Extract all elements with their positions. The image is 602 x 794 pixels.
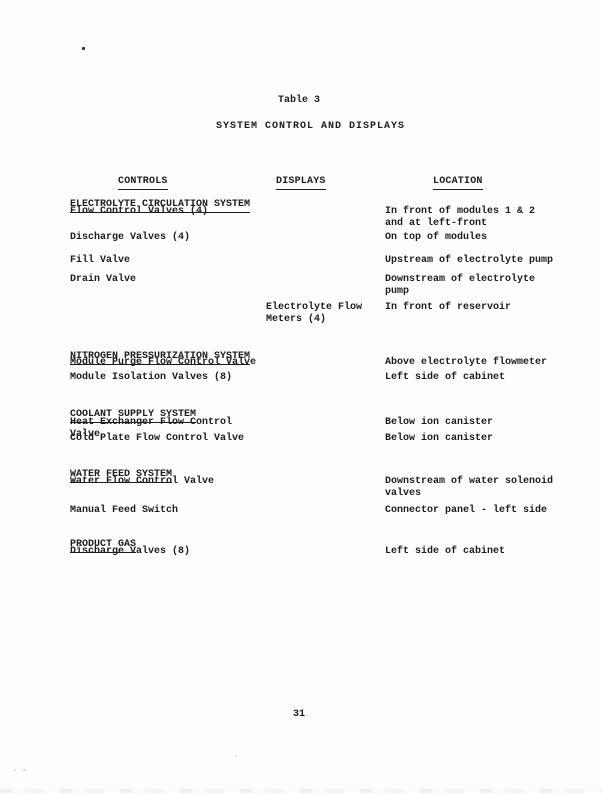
control-cell: Manual Feed Switch [70,505,178,517]
control-cell: Discharge Valves (4) [70,232,190,244]
location-cell: Above electrolyte flowmeter [385,357,547,369]
location-cell: Left side of cabinet [385,372,505,384]
display-cell: Electrolyte Flow Meters (4) [266,302,362,326]
document-page: Table 3 SYSTEM CONTROL AND DISPLAYS CONT… [0,0,602,794]
control-cell: Water Flow Control Valve [70,476,214,488]
location-cell: In front of modules 1 & 2 and at left-fr… [385,206,535,230]
scan-edge-noise [0,789,602,793]
scan-speck [23,769,26,771]
column-header-displays: DISPLAYS [276,164,326,190]
page-title: SYSTEM CONTROL AND DISPLAYS [216,121,405,133]
control-cell: Cold Plate Flow Control Valve [70,433,244,445]
control-cell: Module Isolation Valves (8) [70,372,232,384]
scan-speck [82,47,85,50]
control-cell: Module Purge Flow Control Valve [70,357,256,369]
page-number: 31 [293,709,305,721]
location-cell: On top of modules [385,232,487,244]
control-cell: Discharge Valves (8) [70,546,190,558]
location-cell: Downstream of water solenoid valves [385,476,553,500]
location-cell: Downstream of electrolyte pump [385,274,535,298]
location-cell: Upstream of electrolyte pump [385,255,553,267]
table-label: Table 3 [278,95,320,107]
control-cell: Fill Valve [70,255,130,267]
location-cell: In front of reservoir [385,302,511,314]
scan-speck [235,755,237,757]
location-cell: Left side of cabinet [385,546,505,558]
column-header-location: LOCATION [433,164,483,190]
location-cell: Connector panel - left side [385,505,547,517]
control-cell: Drain Valve [70,274,136,286]
location-cell: Below ion canister [385,417,493,429]
location-cell: Below ion canister [385,433,493,445]
control-cell: Flow Control Valves (4) [70,206,208,218]
scan-speck [14,769,16,771]
